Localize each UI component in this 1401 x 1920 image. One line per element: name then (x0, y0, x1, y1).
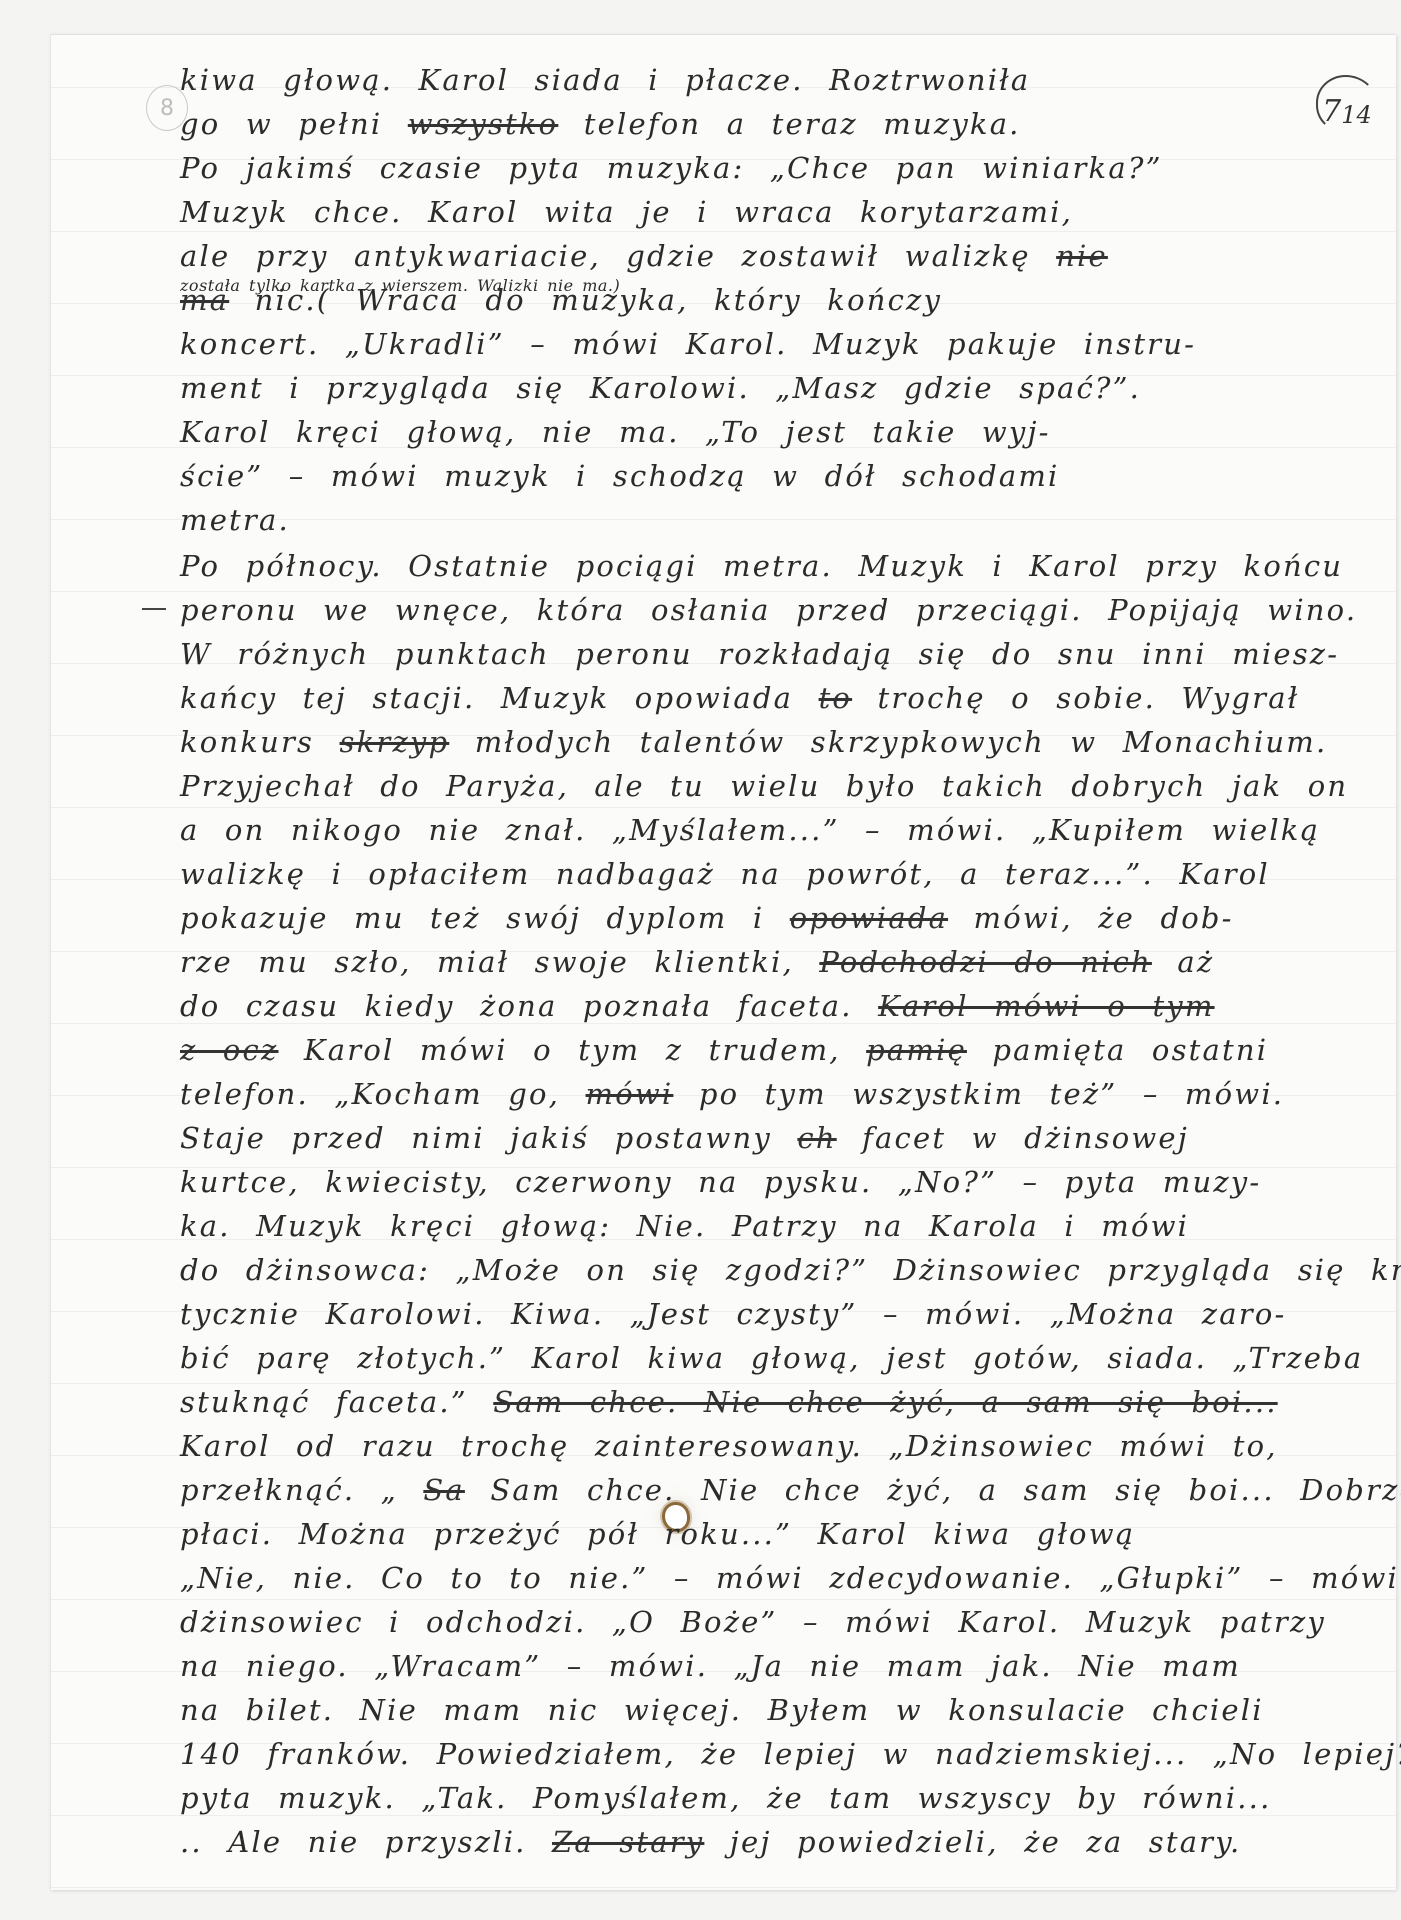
line-text: kańcy tej stacji. Muzyk opowiada (180, 681, 793, 715)
line-text: go w pełni (180, 107, 382, 141)
manuscript-line: koncert. „Ukradli” – mówi Karol. Muzyk p… (180, 322, 1340, 366)
line-text: dżinsowiec i odchodzi. „O Boże” – mówi K… (180, 1605, 1326, 1639)
line-text: ście” – mówi muzyk i schodzą w dół schod… (180, 459, 1060, 493)
line-text: kiwa głową. Karol siada i płacze. Roztrw… (180, 63, 1030, 97)
line-text: przełknąć. „ (180, 1473, 398, 1507)
line-text: telefon a teraz muzyka. (584, 107, 1021, 141)
line-text: jej powiedzieli, że za stary. (730, 1825, 1242, 1859)
manuscript-line: kurtce, kwiecisty, czerwony na pysku. „N… (180, 1160, 1340, 1204)
manuscript-line: pyta muzyk. „Tak. Pomyślałem, że tam wsz… (180, 1776, 1340, 1820)
manuscript-line: a on nikogo nie znał. „Myślałem...” – mó… (180, 808, 1340, 852)
line-text: płaci. Można przeżyć pół roku...” Karol … (180, 1517, 1135, 1551)
line-text: pyta muzyk. „Tak. Pomyślałem, że tam wsz… (180, 1781, 1272, 1815)
line-text: W różnych punktach peronu rozkładają się… (180, 637, 1339, 671)
line-text: Po jakimś czasie pyta muzyka: „Chce pan … (180, 151, 1163, 185)
line-text: do dżinsowca: „Może on się zgodzi?” Dżin… (180, 1253, 1401, 1287)
manuscript-line: Przyjechał do Paryża, ale tu wielu było … (180, 764, 1340, 808)
pencil-number-text: 8 (160, 96, 174, 121)
struck-out-text: wszystko (408, 107, 559, 141)
manuscript-line: na niego. „Wracam” – mówi. „Ja nie mam j… (180, 1644, 1340, 1688)
struck-out-text: Za stary (552, 1825, 704, 1859)
page-number: 14 (1341, 101, 1372, 129)
line-text: Sam chce. Nie chce żyć, a sam się boi...… (490, 1473, 1401, 1507)
struck-out-text: nie (1056, 239, 1108, 273)
line-text: rze mu szło, miał swoje klientki, (180, 945, 794, 979)
paragraph-dash (142, 608, 166, 610)
line-text: .. Ale nie przyszli. (180, 1825, 527, 1859)
struck-out-text: opowiada (790, 901, 948, 935)
line-text: aż (1177, 945, 1214, 979)
manuscript-line: go w pełni wszystko telefon a teraz muzy… (180, 102, 1340, 146)
manuscript-line: Staje przed nimi jakiś postawny ch facet… (180, 1116, 1340, 1160)
line-text: Karol kręci głową, nie ma. „To jest taki… (180, 415, 1051, 449)
line-text: Staje przed nimi jakiś postawny (180, 1121, 772, 1155)
line-text: kurtce, kwiecisty, czerwony na pysku. „N… (180, 1165, 1261, 1199)
line-text: stuknąć faceta.” (180, 1385, 468, 1419)
line-text: a on nikogo nie znał. „Myślałem...” – mó… (180, 813, 1320, 847)
line-text: koncert. „Ukradli” – mówi Karol. Muzyk p… (180, 327, 1196, 361)
line-text: do czasu kiedy żona poznała faceta. (180, 989, 853, 1023)
manuscript-line: .. Ale nie przyszli. Za stary jej powied… (180, 1820, 1340, 1864)
manuscript-line: ka. Muzyk kręci głową: Nie. Patrzy na Ka… (180, 1204, 1340, 1248)
manuscript-line: bić parę złotych.” Karol kiwa głową, jes… (180, 1336, 1340, 1380)
manuscript-line: telefon. „Kocham go, mówi po tym wszystk… (180, 1072, 1340, 1116)
line-text: „Nie, nie. Co to to nie.” – mówi zdecydo… (180, 1561, 1399, 1595)
manuscript-line: metra. (180, 498, 1340, 542)
line-text: 140 franków. Powiedziałem, że lepiej w n… (180, 1737, 1401, 1771)
manuscript-line: Po północy. Ostatnie pociągi metra. Muzy… (180, 544, 1340, 588)
manuscript-line: 140 franków. Powiedziałem, że lepiej w n… (180, 1732, 1340, 1776)
manuscript-line: do dżinsowca: „Może on się zgodzi?” Dżin… (180, 1248, 1340, 1292)
manuscript-line: przełknąć. „ Sa Sam chce. Nie chce żyć, … (180, 1468, 1340, 1512)
line-text: metra. (180, 503, 290, 537)
struck-out-text: to (819, 681, 853, 715)
line-text: trochę o sobie. Wygrał (878, 681, 1300, 715)
manuscript-line: peronu we wnęce, która osłania przed prz… (180, 588, 1340, 632)
manuscript-line: walizkę i opłaciłem nadbagaż na powrót, … (180, 852, 1340, 896)
struck-out-text: Sa (423, 1473, 465, 1507)
line-text: ment i przygląda się Karolowi. „Masz gdz… (180, 371, 1141, 405)
manuscript-line: na bilet. Nie mam nic więcej. Byłem w ko… (180, 1688, 1340, 1732)
line-text: pokazuje mu też swój dyplom i (180, 901, 764, 935)
line-text: ka. Muzyk kręci głową: Nie. Patrzy na Ka… (180, 1209, 1189, 1243)
manuscript-line: stuknąć faceta.” Sam chce. Nie chce żyć,… (180, 1380, 1340, 1424)
line-text: Karol mówi o tym z trudem, (304, 1033, 841, 1067)
line-text: Muzyk chce. Karol wita je i wraca koryta… (180, 195, 1073, 229)
line-text: na bilet. Nie mam nic więcej. Byłem w ko… (180, 1693, 1264, 1727)
manuscript-line: konkurs skrzyp młodych talentów skrzypko… (180, 720, 1340, 764)
manuscript-line: tycznie Karolowi. Kiwa. „Jest czysty” – … (180, 1292, 1340, 1336)
manuscript-line: kańcy tej stacji. Muzyk opowiada to troc… (180, 676, 1340, 720)
struck-out-text: pamię (866, 1033, 967, 1067)
manuscript-line: dżinsowiec i odchodzi. „O Boże” – mówi K… (180, 1600, 1340, 1644)
manuscript-line: płaci. Można przeżyć pół roku...” Karol … (180, 1512, 1340, 1556)
manuscript-line: Po jakimś czasie pyta muzyka: „Chce pan … (180, 146, 1340, 190)
interlinear-insertion: została tylko kartka z wierszem. Walizki… (180, 264, 620, 308)
manuscript-line: rze mu szło, miał swoje klientki, Podcho… (180, 940, 1340, 984)
manuscript-line: Karol kręci głową, nie ma. „To jest taki… (180, 410, 1340, 454)
manuscript-line: ment i przygląda się Karolowi. „Masz gdz… (180, 366, 1340, 410)
manuscript-line: Muzyk chce. Karol wita je i wraca koryta… (180, 190, 1340, 234)
manuscript-line: ście” – mówi muzyk i schodzą w dół schod… (180, 454, 1340, 498)
struck-out-text: ch (797, 1121, 836, 1155)
struck-out-text: skrzyp (340, 725, 450, 759)
handwritten-text-body: kiwa głową. Karol siada i płacze. Roztrw… (180, 58, 1340, 1864)
manuscript-line: z ocz Karol mówi o tym z trudem, pamię p… (180, 1028, 1340, 1072)
line-text: konkurs (180, 725, 314, 759)
line-text: walizkę i opłaciłem nadbagaż na powrót, … (180, 857, 1270, 891)
line-text: młodych talentów skrzypkowych w Monachiu… (475, 725, 1328, 759)
line-text: telefon. „Kocham go, (180, 1077, 560, 1111)
line-text: Przyjechał do Paryża, ale tu wielu było … (180, 769, 1348, 803)
manuscript-line: pokazuje mu też swój dyplom i opowiada m… (180, 896, 1340, 940)
manuscript-line: „Nie, nie. Co to to nie.” – mówi zdecydo… (180, 1556, 1340, 1600)
line-text: pamięta ostatni (992, 1033, 1268, 1067)
struck-out-text: Karol mówi o tym (878, 989, 1214, 1023)
line-text: tycznie Karolowi. Kiwa. „Jest czysty” – … (180, 1297, 1287, 1331)
struck-out-text: Sam chce. Nie chce żyć, a sam się boi... (493, 1385, 1277, 1419)
line-text: na niego. „Wracam” – mówi. „Ja nie mam j… (180, 1649, 1241, 1683)
line-text: Po północy. Ostatnie pociągi metra. Muzy… (180, 549, 1343, 583)
manuscript-line: ma nic.( Wraca do muzyka, który kończy z… (180, 278, 1340, 322)
manuscript-line: do czasu kiedy żona poznała faceta. Karo… (180, 984, 1340, 1028)
struck-out-text: Podchodzi do nich (819, 945, 1152, 979)
line-text: po tym wszystkim też” – mówi. (699, 1077, 1284, 1111)
line-text: facet w dżinsowej (862, 1121, 1189, 1155)
manuscript-line: Karol od razu trochę zainteresowany. „Dż… (180, 1424, 1340, 1468)
line-text: bić parę złotych.” Karol kiwa głową, jes… (180, 1341, 1363, 1375)
line-text: mówi, że dob- (974, 901, 1234, 935)
line-text: Karol od razu trochę zainteresowany. „Dż… (180, 1429, 1278, 1463)
line-text: peronu we wnęce, która osłania przed prz… (180, 593, 1357, 627)
struck-out-text: mówi (586, 1077, 674, 1111)
manuscript-line: kiwa głową. Karol siada i płacze. Roztrw… (180, 58, 1340, 102)
struck-out-text: z ocz (180, 1033, 278, 1067)
manuscript-line: W różnych punktach peronu rozkładają się… (180, 632, 1340, 676)
